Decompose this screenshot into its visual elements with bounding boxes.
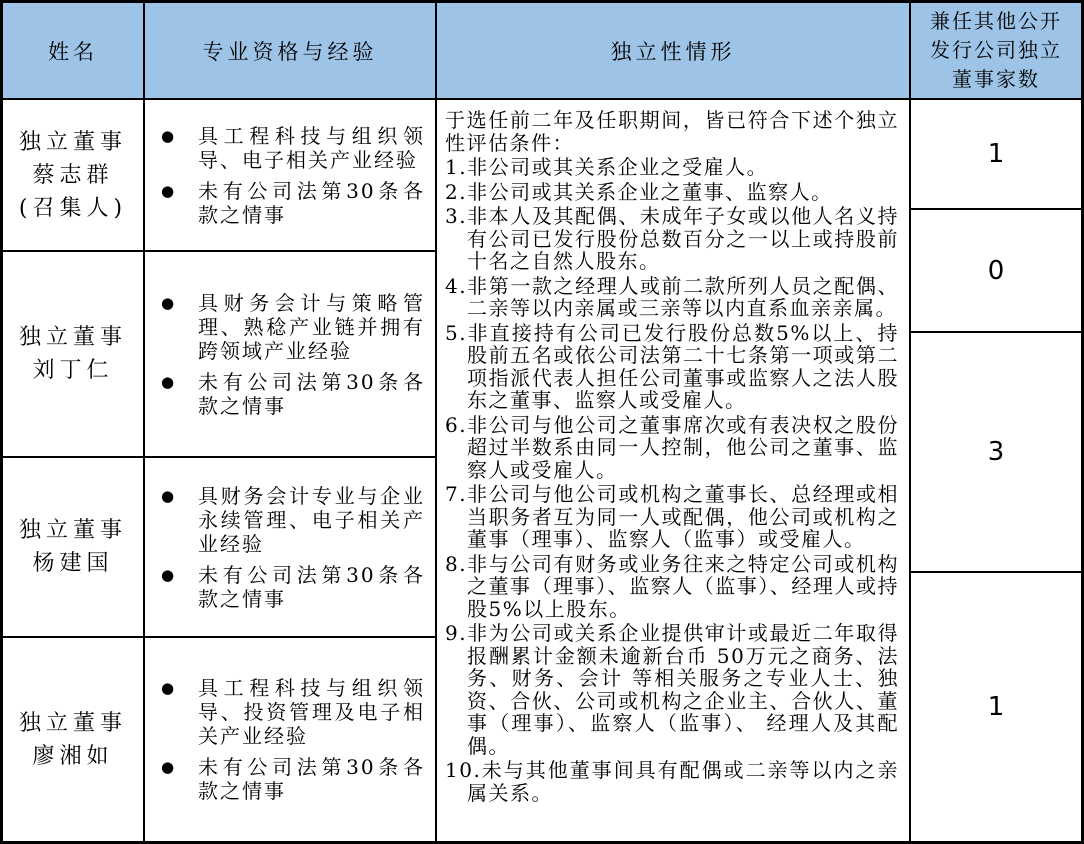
independence-item-8: 8.非与公司有财务或业务往来之特定公司或机构之董事（理事）、监察人（监事）、经理… bbox=[445, 553, 899, 621]
header-name: 姓名 bbox=[3, 3, 145, 98]
bullet-text: 未有公司法第30条各款之情事 bbox=[198, 755, 425, 803]
bullet-text: 具工程科技与组织领导、投资管理及电子相关产业经验 bbox=[198, 676, 425, 748]
header-other-directorships: 兼任其他公开 发行公司独立 董事家数 bbox=[911, 3, 1081, 98]
independence-item-4: 4.非第一款之经理人或前二款所列人员之配偶、二亲等以内亲属或三亲等以内直系血亲亲… bbox=[445, 275, 899, 320]
bullet-icon: ● bbox=[161, 370, 198, 418]
bullet-text: 具财务会计专业与企业永续管理、电子相关产业经验 bbox=[198, 484, 425, 556]
bullet-icon: ● bbox=[161, 124, 198, 172]
header-qualification: 专业资格与经验 bbox=[145, 3, 437, 98]
independence-item-3: 3.非本人及其配偶、未成年子女或以他人名义持有公司已发行股份总数百分之一以上或持… bbox=[445, 205, 899, 273]
independence-item-6: 6.非公司与他公司之董事席次或有表决权之股份超过半数系由同一人控制，他公司之董事… bbox=[445, 414, 899, 482]
bullet-icon: ● bbox=[161, 484, 198, 556]
qualification-cell: ● 具工程科技与组织领导、投资管理及电子相关产业经验 ● 未有公司法第30条各款… bbox=[145, 638, 435, 841]
table-header-row: 姓名 专业资格与经验 独立性情形 兼任其他公开 发行公司独立 董事家数 bbox=[3, 3, 1081, 100]
independence-item-9: 9.非为公司或关系企业提供审计或最近二年取得报酬累计金额未逾新台币 50万元之商… bbox=[445, 622, 899, 757]
other-directorships-column: 1 0 3 1 bbox=[911, 100, 1081, 841]
qualification-column: ● 具工程科技与组织领导、电子相关产业经验 ● 未有公司法第30条各款之情事 ●… bbox=[145, 100, 437, 841]
independence-item-10: 10.未与其他董事间具有配偶或二亲等以内之亲属关系。 bbox=[445, 759, 899, 804]
name-column: 独立董事 蔡志群 (召集人) 独立董事 刘丁仁 独立董事 杨建国 独立董事 廖湘… bbox=[3, 100, 145, 841]
independence-intro: 于选任前二年及任职期间，皆已符合下述个独立性评估条件： bbox=[445, 109, 899, 154]
bullet-icon: ● bbox=[161, 676, 198, 748]
independence-item-2: 2.非公司或其关系企业之董事、监察人。 bbox=[445, 181, 899, 204]
table-body: 独立董事 蔡志群 (召集人) 独立董事 刘丁仁 独立董事 杨建国 独立董事 廖湘… bbox=[3, 100, 1081, 841]
independence-item-5: 5.非直接持有公司已发行股份总数5%以上、持股前五名或依公司法第二十七条第一项或… bbox=[445, 322, 899, 412]
bullet-item: ● 具财务会计与策略管理、熟稔产业链并拥有跨领域产业经验 bbox=[161, 291, 425, 363]
name-cell-liao-xiangru: 独立董事 廖湘如 bbox=[3, 638, 143, 841]
qualification-cell: ● 具工程科技与组织领导、电子相关产业经验 ● 未有公司法第30条各款之情事 bbox=[145, 100, 435, 252]
independence-column: 于选任前二年及任职期间，皆已符合下述个独立性评估条件： 1.非公司或其关系企业之… bbox=[437, 100, 911, 841]
bullet-text: 具财务会计与策略管理、熟稔产业链并拥有跨领域产业经验 bbox=[198, 291, 425, 363]
bullet-icon: ● bbox=[161, 179, 198, 227]
bullet-item: ● 未有公司法第30条各款之情事 bbox=[161, 370, 425, 418]
bullet-item: ● 具工程科技与组织领导、电子相关产业经验 bbox=[161, 124, 425, 172]
qualification-cell: ● 具财务会计与策略管理、熟稔产业链并拥有跨领域产业经验 ● 未有公司法第30条… bbox=[145, 252, 435, 458]
independence-item-1: 1.非公司或其关系企业之受雇人。 bbox=[445, 156, 899, 179]
bullet-item: ● 未有公司法第30条各款之情事 bbox=[161, 563, 425, 611]
bullet-text: 具工程科技与组织领导、电子相关产业经验 bbox=[198, 124, 425, 172]
header-independence: 独立性情形 bbox=[437, 3, 911, 98]
independence-cell: 于选任前二年及任职期间，皆已符合下述个独立性评估条件： 1.非公司或其关系企业之… bbox=[437, 100, 909, 841]
independence-item-7: 7.非公司与他公司或机构之董事长、总经理或相当职务者互为同一人或配偶，他公司或机… bbox=[445, 483, 899, 551]
bullet-text: 未有公司法第30条各款之情事 bbox=[198, 563, 425, 611]
qualification-cell: ● 具财务会计专业与企业永续管理、电子相关产业经验 ● 未有公司法第30条各款之… bbox=[145, 458, 435, 638]
bullet-text: 未有公司法第30条各款之情事 bbox=[198, 370, 425, 418]
independent-directors-table: 姓名 专业资格与经验 独立性情形 兼任其他公开 发行公司独立 董事家数 独立董事… bbox=[0, 0, 1084, 844]
bullet-item: ● 具工程科技与组织领导、投资管理及电子相关产业经验 bbox=[161, 676, 425, 748]
bullet-icon: ● bbox=[161, 563, 198, 611]
bullet-item: ● 具财务会计专业与企业永续管理、电子相关产业经验 bbox=[161, 484, 425, 556]
count-cell: 0 bbox=[911, 210, 1081, 333]
bullet-item: ● 未有公司法第30条各款之情事 bbox=[161, 179, 425, 227]
name-cell-yang-jianguo: 独立董事 杨建国 bbox=[3, 458, 143, 638]
bullet-item: ● 未有公司法第30条各款之情事 bbox=[161, 755, 425, 803]
bullet-text: 未有公司法第30条各款之情事 bbox=[198, 179, 425, 227]
name-cell-liu-dingren: 独立董事 刘丁仁 bbox=[3, 252, 143, 458]
bullet-icon: ● bbox=[161, 755, 198, 803]
count-cell: 1 bbox=[911, 573, 1081, 841]
count-cell: 1 bbox=[911, 100, 1081, 210]
name-cell-cai-zhiqun: 独立董事 蔡志群 (召集人) bbox=[3, 100, 143, 252]
bullet-icon: ● bbox=[161, 291, 198, 363]
count-cell: 3 bbox=[911, 333, 1081, 573]
